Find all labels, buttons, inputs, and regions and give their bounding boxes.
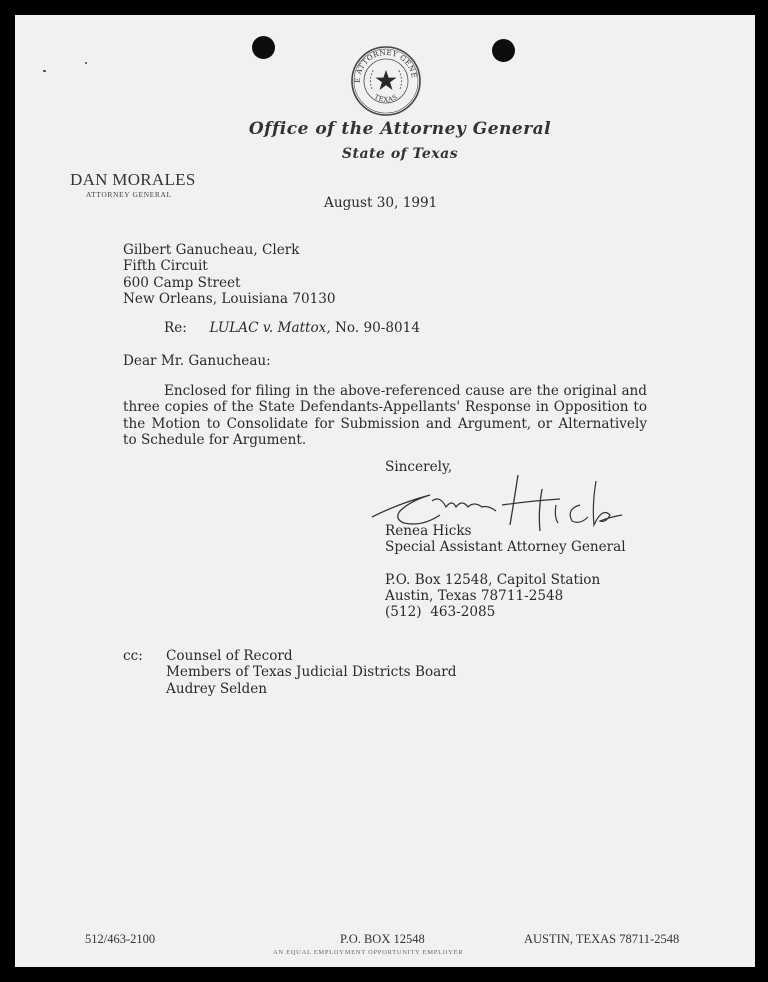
case-number: No. 90-8014 [335, 320, 420, 336]
cc-recipient: Audrey Selden [166, 681, 456, 697]
signer-address-line: Austin, Texas 78711-2548 [385, 588, 626, 604]
recipient-line: Fifth Circuit [123, 258, 336, 274]
case-name: LULAC v. Mattox, [210, 320, 331, 336]
body-paragraph: Enclosed for filing in the above-referen… [123, 383, 647, 448]
signer-address-line: P.O. Box 12548, Capitol Station [385, 572, 626, 588]
recipient-line: 600 Camp Street [123, 275, 336, 291]
signer-address-line: (512) 463-2085 [385, 604, 626, 620]
hole-punch-right [492, 39, 515, 62]
recipient-line: New Orleans, Louisiana 70130 [123, 291, 336, 307]
letter-date: August 30, 1991 [324, 195, 437, 211]
official-name: DAN MORALES [70, 170, 196, 190]
cc-recipient: Counsel of Record [166, 648, 456, 664]
speck-mark [85, 62, 87, 64]
state-subtitle: State of Texas [315, 146, 485, 162]
re-line: Re: LULAC v. Mattox, No. 90-8014 [164, 320, 420, 336]
footer-city: AUSTIN, TEXAS 78711-2548 [524, 932, 679, 947]
footer-po-box: P.O. BOX 12548 [340, 932, 425, 947]
recipient-address: Gilbert Ganucheau, Clerk Fifth Circuit 6… [123, 242, 336, 307]
recipient-line: Gilbert Ganucheau, Clerk [123, 242, 336, 258]
signer-title: Special Assistant Attorney General [385, 539, 626, 555]
speck-mark [43, 70, 46, 72]
cc-list: Counsel of Record Members of Texas Judic… [166, 648, 456, 697]
office-title: Office of the Attorney General [245, 119, 555, 139]
cc-recipient: Members of Texas Judicial Districts Boar… [166, 664, 456, 680]
footer-tagline: AN EQUAL EMPLOYMENT OPPORTUNITY EMPLOYER [273, 949, 463, 956]
signer-name: Renea Hicks [385, 523, 626, 539]
hole-punch-left [252, 36, 275, 59]
signer-block: Renea Hicks Special Assistant Attorney G… [385, 523, 626, 620]
seal-icon: THE ATTORNEY GENERAL TEXAS [350, 45, 422, 117]
footer-phone: 512/463-2100 [85, 932, 155, 947]
official-title: ATTORNEY GENERAL [86, 190, 172, 199]
svg-text:TEXAS: TEXAS [373, 93, 399, 104]
re-label: Re: [164, 320, 187, 336]
cc-label: cc: [123, 648, 143, 664]
salutation: Dear Mr. Ganucheau: [123, 353, 271, 369]
letter-page: THE ATTORNEY GENERAL TEXAS Office of the… [15, 15, 755, 967]
